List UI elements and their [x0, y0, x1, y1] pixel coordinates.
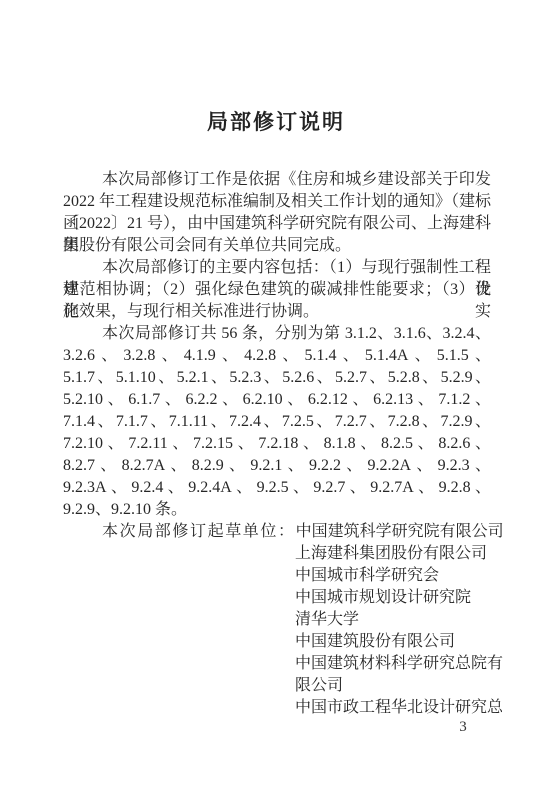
text-line: 本次局部修订工作是依据《住房和城乡建设部关于印发 [63, 169, 491, 191]
document-title: 局部修订说明 [0, 106, 552, 136]
clause-number-line: 3.2.6、3.2.8、4.1.9、4.2.8、5.1.4、5.1.4A、5.1… [63, 345, 491, 367]
clause-number-line: 5.1.7、5.1.10、5.2.1、5.2.3、5.2.6、5.2.7、5.2… [63, 367, 491, 389]
clause-number-line: 8.2.7、8.2.7A、8.2.9、9.2.1、9.2.2、9.2.2A、9.… [63, 455, 491, 477]
drafting-unit: 中国建筑科学研究院有限公司 [296, 523, 504, 540]
text-line: 〔2022〕21 号），由中国建筑科学研究院有限公司、上海建科集 [63, 213, 491, 235]
clause-number-line: 5.2.10、6.1.7、6.2.2、6.2.10、6.2.12、6.2.13、… [63, 389, 491, 411]
drafting-units-lead-line: 本次局部修订起草单位：中国建筑科学研究院有限公司 [63, 521, 491, 543]
page-number: 3 [448, 719, 478, 736]
document-page: 局部修订说明 本次局部修订工作是依据《住房和城乡建设部关于印发 2022 年工程… [0, 0, 552, 799]
drafting-unit: 中国城市科学研究会 [295, 565, 491, 587]
clause-number-line: 9.2.9、9.2.10 条。 [63, 499, 491, 521]
drafting-unit: 限公司 [295, 675, 491, 697]
drafting-unit: 中国市政工程华北设计研究总 [295, 697, 491, 719]
drafting-unit: 中国建筑股份有限公司 [295, 631, 491, 653]
drafting-units-label: 本次局部修订起草单位： [102, 523, 296, 540]
drafting-unit: 中国建筑材料科学研究总院有 [295, 653, 491, 675]
text-line: 团股份有限公司会同有关单位共同完成。 [63, 235, 491, 257]
clause-number-line: 7.2.10、7.2.11、7.2.15、7.2.18、8.1.8、8.2.5、… [63, 433, 491, 455]
document-body: 本次局部修订工作是依据《住房和城乡建设部关于印发 2022 年工程建设规范标准编… [63, 169, 491, 719]
drafting-unit: 上海建科集团股份有限公司 [295, 543, 491, 565]
clause-number-line: 9.2.3A、9.2.4、9.2.4A、9.2.5、9.2.7、9.2.7A、9… [63, 477, 491, 499]
text-line: 本次局部修订共 56 条，分别为第 3.1.2、3.1.6、3.2.4、 [63, 323, 491, 345]
drafting-unit: 清华大学 [295, 609, 491, 631]
drafting-unit: 中国城市规划设计研究院 [295, 587, 491, 609]
text-line: 2022 年工程建设规范标准编制及相关工作计划的通知》（建标函 [63, 191, 491, 213]
text-line: 本次局部修订的主要内容包括：（1）与现行强制性工程建设 [63, 257, 491, 279]
text-line: 规范相协调；（2）强化绿色建筑的碳减排性能要求；（3）优化实 [63, 279, 491, 301]
clause-number-line: 7.1.4、7.1.7、7.1.11、7.2.4、7.2.5、7.2.7、7.2… [63, 411, 491, 433]
